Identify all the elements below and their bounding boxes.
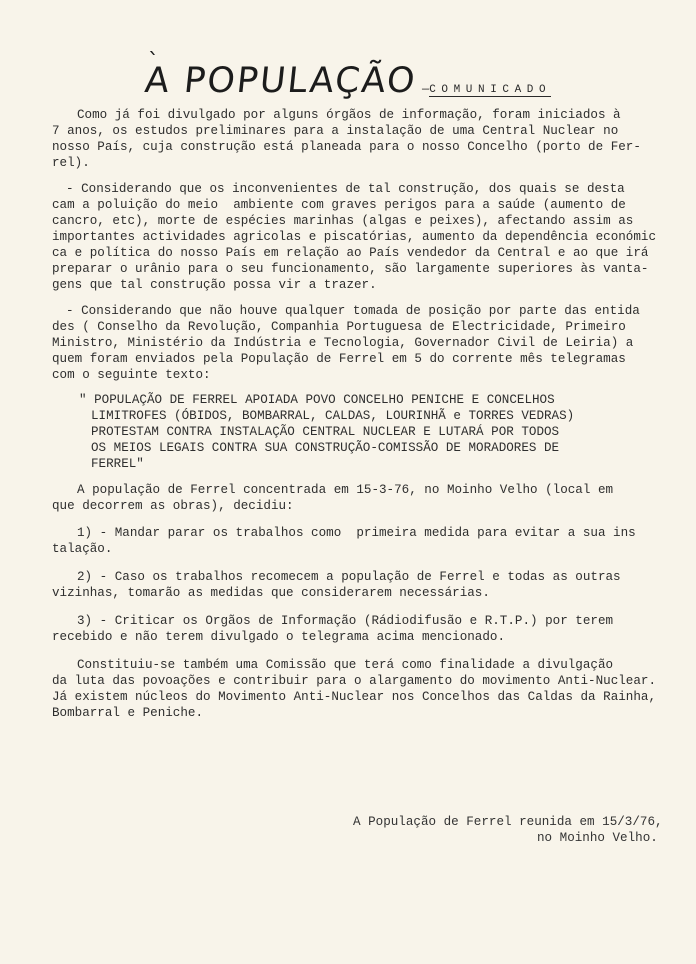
- text-line: des ( Conselho da Revolução, Companhia P…: [52, 321, 626, 334]
- text-line: A população de Ferrel concentrada em 15-…: [77, 484, 613, 497]
- text-line: Bombarral e Peniche.: [52, 707, 203, 720]
- text-line: 3) - Criticar os Orgãos de Informação (R…: [77, 615, 613, 628]
- text-line: 1) - Mandar parar os trabalhos como prim…: [77, 527, 636, 540]
- text-line: preparar o urânio para o seu funcionamen…: [52, 263, 648, 276]
- text-line: Como já foi divulgado por alguns órgãos …: [77, 109, 621, 122]
- text-line: da luta das povoações e contribuir para …: [52, 675, 656, 688]
- text-line: quem foram enviados pela População de Fe…: [52, 353, 626, 366]
- text-line: recebido e não terem divulgado o telegra…: [52, 631, 505, 644]
- text-line: FERREL": [91, 458, 144, 471]
- text-line: Ministro, Ministério da Indústria e Tecn…: [52, 337, 633, 350]
- text-line: que decorrem as obras), decidiu:: [52, 500, 294, 513]
- text-line: com o seguinte texto:: [52, 369, 211, 382]
- text-line: - Considerando que os inconvenientes de …: [66, 183, 625, 196]
- text-line: Constituiu-se também uma Comissão que te…: [77, 659, 613, 672]
- text-line: nosso País, cuja construção está planead…: [52, 141, 641, 154]
- text-line: rel).: [52, 157, 90, 170]
- text-line: PROTESTAM CONTRA INSTALAÇÃO CENTRAL NUCL…: [91, 426, 559, 439]
- text-line: cancro, etc), morte de espécies marinhas…: [52, 215, 633, 228]
- signature-line-1: A População de Ferrel reunida em 15/3/76…: [353, 815, 663, 829]
- text-line: vizinhas, tomarão as medidas que conside…: [52, 587, 490, 600]
- handwritten-title: A POPULAÇÃO: [143, 64, 418, 99]
- text-line: importantes actividades agricolas e pisc…: [52, 231, 656, 244]
- text-line: Já existem núcleos do Movimento Anti-Nuc…: [52, 691, 656, 704]
- text-line: " POPULAÇÃO DE FERREL APOIADA POVO CONCE…: [79, 394, 555, 407]
- text-line: 7 anos, os estudos preliminares para a i…: [52, 125, 618, 138]
- signature-line-2: no Moinho Velho.: [537, 831, 658, 845]
- document-page: ` A POPULAÇÃO —COMUNICADO Como já foi di…: [0, 0, 696, 964]
- text-line: LIMITROFES (ÓBIDOS, BOMBARRAL, CALDAS, L…: [91, 410, 574, 423]
- text-line: cam a poluição do meio ambiente com grav…: [52, 199, 626, 212]
- text-line: ca e política do nosso País em relação a…: [52, 247, 648, 260]
- text-line: OS MEIOS LEGAIS CONTRA SUA CONSTRUÇÃO-CO…: [91, 442, 559, 455]
- text-line: - Considerando que não houve qualquer to…: [66, 305, 640, 318]
- subtitle: —COMUNICADO: [422, 82, 551, 96]
- text-line: 2) - Caso os trabalhos recomecem a popul…: [77, 571, 621, 584]
- text-line: gens que tal construção possa vir a traz…: [52, 279, 377, 292]
- subtitle-text: COMUNICADO: [429, 84, 551, 97]
- text-line: talação.: [52, 543, 112, 556]
